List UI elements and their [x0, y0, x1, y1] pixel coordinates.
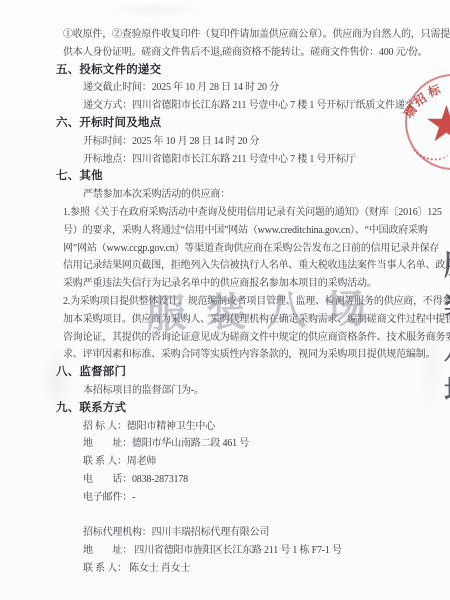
doc-line: 招 标 人：德阳市精神卫生中心	[83, 418, 450, 436]
doc-line: 信用记录结果网页截图，拒绝列入失信被执行人名单、重大税收违法案件当事人名单、政府	[63, 257, 450, 275]
doc-line: 2.为采购项目提供整体设计、规范编制或者项目管理、监理、检测等服务的供应商，不得…	[63, 293, 450, 311]
doc-line: 加本采购项目。供应商为采购人、采购代理机构在确定采购需求、编制磋商文件过程中提供	[63, 311, 450, 329]
doc-line: 递交方式：四川省德阳市长江东路 211 号壹中心 7 楼 1 号开标厅纸质文件递…	[83, 97, 450, 115]
doc-line: 电子邮件：-	[83, 489, 450, 507]
doc-line: 供本人身份证明。磋商文件售后不退,磋商资格不能转让。磋商文件售价：400 元/份…	[63, 44, 450, 62]
doc-line	[0, 507, 450, 525]
doc-line: 咨询论证，其提供的咨询论证意见成为磋商文件中规定的供应商资格条件、技术服务商务要	[63, 329, 450, 347]
doc-line: 采购严重违法失信行为记录名单中的供应商报名参加本项目的采购活动。	[63, 275, 450, 293]
doc-line: 联 系 人： 陈女士 肖女士	[83, 560, 450, 578]
doc-line: 递交截止时间：2025 年 10 月 28 日 14 时 20 分	[83, 79, 450, 97]
section-heading: 八、监督部门	[56, 364, 450, 382]
doc-line: 电 话：0838-2873178	[83, 471, 450, 489]
doc-line: 网”网站（www.ccgp.gov.cn）等渠道查询供应商在采购公告发布之日前的…	[63, 240, 450, 258]
doc-line: 开标地点：四川省德阳市长江东路 211 号壹中心 7 楼 1 号开标厅	[83, 151, 450, 169]
document-lines: ①收原件，②查验原件收复印件（复印件请加盖供应商公章）。供应商为自然人的，只需提…	[0, 26, 450, 578]
doc-line: ①收原件，②查验原件收复印件（复印件请加盖供应商公章）。供应商为自然人的，只需提	[63, 26, 450, 44]
doc-line: 招标代理机构：四川丰瑞招标代理有限公司	[83, 524, 450, 542]
doc-line: 地 址：德阳市华山南路二段 461 号	[83, 435, 450, 453]
doc-line: 联 系 人：周老师	[83, 453, 450, 471]
section-heading: 五、投标文件的递交	[56, 62, 450, 80]
doc-line: 1.参照《关于在政府采购活动中查询及使用信用记录有关问题的通知》（财库〔2016…	[63, 204, 450, 222]
section-heading: 七、其他	[56, 168, 450, 186]
section-heading: 六、开标时间及地点	[56, 115, 450, 133]
scanned-document-page: ①收原件，②查验原件收复印件（复印件请加盖供应商公章）。供应商为自然人的，只需提…	[0, 0, 450, 600]
doc-line: 号）的要求，采购人将通过“信用中国”网站（www.creditchina.gov…	[63, 222, 450, 240]
section-heading: 九、联系方式	[56, 400, 450, 418]
doc-line: 严禁参加本次采购活动的供应商：	[83, 186, 450, 204]
doc-line: 求、评审因素和标准、采购合同等实质性内容条款的，视同为采购项目提供规范编制。	[63, 346, 450, 364]
scan-smudge	[110, 2, 200, 18]
doc-line: 本招标项目的监督部门为-。	[83, 382, 450, 400]
doc-line: 开标时间：2025 年 10 月 28 日 14 时 20 分	[83, 133, 450, 151]
doc-line: 地 址： 四川省德阳市旌阳区长江东路 211 号 1 栋 F7-1 号	[83, 542, 450, 560]
